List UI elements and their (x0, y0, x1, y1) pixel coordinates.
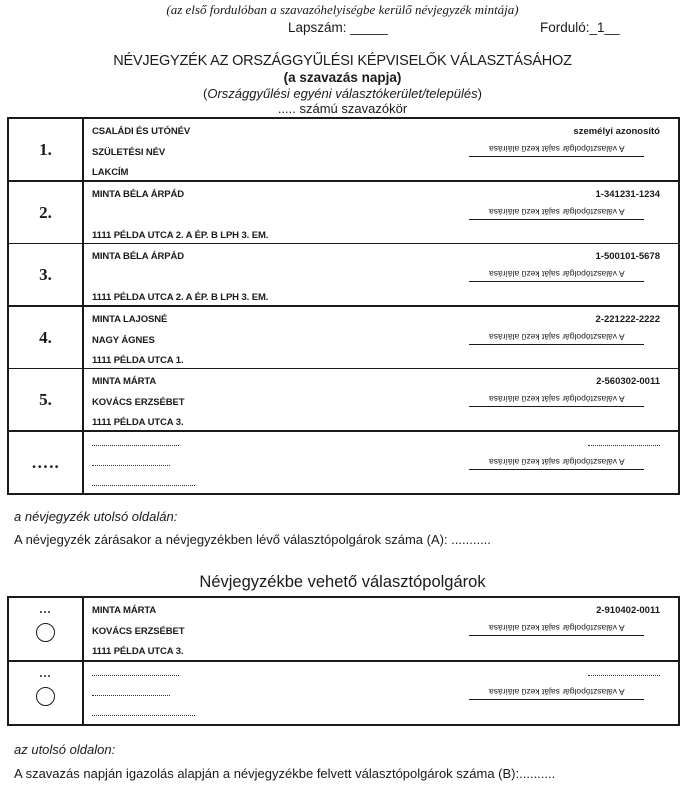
additions-title: Névjegyzékbe vehető választópolgárok (0, 573, 685, 592)
address-placeholder[interactable] (92, 715, 195, 716)
constituency-text: Országgyűlési egyéni választókerület/tel… (207, 86, 477, 101)
signature-line[interactable]: A választópolgár saját kezű aláírása (469, 141, 644, 157)
table-row: ... A választópolgár saját kezű aláírása (8, 661, 679, 725)
checkbox-circle-icon[interactable] (36, 623, 55, 642)
constituency-line: (Országgyűlési egyéni választókerület/te… (0, 86, 685, 101)
table-row: ... MINTA MÁRTA KOVÁCS ERZSÉBET 1111 PÉL… (8, 597, 679, 661)
signature-label: A választópolgár saját kezű aláírása (489, 266, 625, 281)
table-row: 1. CSALÁDI ÉS UTÓNÉV SZÜLETÉSI NÉV LAKCÍ… (8, 118, 679, 181)
voter-count-a: A névjegyzék zárásakor a névjegyzékben l… (14, 532, 491, 547)
address: LAKCÍM (92, 167, 128, 178)
address: 1111 PÉLDA UTCA 2. A ÉP. B LPH 3. EM. (92, 292, 268, 303)
signature-line[interactable]: A választópolgár saját kezű aláírása (469, 266, 644, 282)
row-number: ... (9, 602, 82, 617)
birth-name: NAGY ÁGNES (92, 335, 155, 346)
voter-count-b: A szavazás napján igazolás alapján a név… (14, 766, 555, 781)
family-given-name: MINTA MÁRTA (92, 376, 156, 387)
signature-line[interactable]: A választópolgár saját kezű aláírása (469, 329, 644, 345)
signature-line[interactable]: A választópolgár saját kezű aláírása (469, 684, 644, 700)
personal-id: 2-560302-0011 (596, 376, 660, 387)
page-number-field: Lapszám: _____ (288, 20, 388, 35)
voter-cell: CSALÁDI ÉS UTÓNÉV SZÜLETÉSI NÉV LAKCÍM s… (84, 119, 678, 180)
voter-cell-placeholder: A választópolgár saját kezű aláírása (84, 662, 678, 724)
birth-name: KOVÁCS ERZSÉBET (92, 626, 184, 637)
voter-cell: MINTA LAJOSNÉ NAGY ÁGNES 1111 PÉLDA UTCA… (84, 307, 678, 368)
signature-label: A választópolgár saját kezű aláírása (489, 204, 625, 219)
row-number: ... (9, 666, 82, 681)
signature-label: A választópolgár saját kezű aláírása (489, 391, 625, 406)
personal-id: 1-341231-1234 (596, 189, 660, 200)
table-row: ….. A választópolgár saját kezű aláírása (8, 431, 679, 494)
additions-table: ... MINTA MÁRTA KOVÁCS ERZSÉBET 1111 PÉL… (7, 596, 680, 726)
personal-id: személyi azonosító (573, 126, 660, 137)
family-given-name: MINTA BÉLA ÁRPÁD (92, 251, 184, 262)
family-given-name: MINTA BÉLA ÁRPÁD (92, 189, 184, 200)
document-title-sub: (a szavazás napja) (0, 70, 685, 85)
voter-register-table: 1. CSALÁDI ÉS UTÓNÉV SZÜLETÉSI NÉV LAKCÍ… (7, 117, 680, 495)
checkbox-circle-icon[interactable] (36, 687, 55, 706)
signature-line[interactable]: A választópolgár saját kezű aláírása (469, 391, 644, 407)
paren-close: ) (478, 86, 482, 101)
row-marker: ... (8, 661, 83, 725)
family-given-name: MINTA MÁRTA (92, 605, 156, 616)
voter-cell: MINTA MÁRTA KOVÁCS ERZSÉBET 1111 PÉLDA U… (84, 598, 678, 660)
form-subtitle: (az első fordulóban a szavazóhelyiségbe … (0, 2, 685, 18)
signature-label: A választópolgár saját kezű aláírása (489, 141, 625, 156)
personal-id-placeholder[interactable] (588, 675, 660, 676)
signature-line[interactable]: A választópolgár saját kezű aláírása (469, 620, 644, 636)
address: 1111 PÉLDA UTCA 3. (92, 646, 183, 657)
signature-label: A választópolgár saját kezű aláírása (489, 684, 625, 699)
final-page-label: az utolsó oldalon: (14, 742, 115, 757)
family-given-name: MINTA LAJOSNÉ (92, 314, 167, 325)
voter-cell: MINTA MÁRTA KOVÁCS ERZSÉBET 1111 PÉLDA U… (84, 369, 678, 430)
round-field: Forduló:_1__ (540, 20, 620, 35)
table-row: 3. MINTA BÉLA ÁRPÁD 1111 PÉLDA UTCA 2. A… (8, 244, 679, 307)
row-marker: ... (8, 597, 83, 661)
voter-cell-placeholder: A választópolgár saját kezű aláírása (84, 432, 678, 493)
row-number: 4. (8, 306, 83, 369)
document-title: NÉVJEGYZÉK AZ ORSZÁGGYŰLÉSI KÉPVISELŐK V… (0, 53, 685, 69)
signature-line[interactable]: A választópolgár saját kezű aláírása (469, 454, 644, 470)
family-given-name: CSALÁDI ÉS UTÓNÉV (92, 126, 190, 137)
row-number: 5. (8, 369, 83, 432)
last-page-label: a névjegyzék utolsó oldalán: (14, 509, 177, 524)
birth-name-placeholder[interactable] (92, 695, 170, 696)
table-row: 4. MINTA LAJOSNÉ NAGY ÁGNES 1111 PÉLDA U… (8, 306, 679, 369)
birth-name-placeholder[interactable] (92, 465, 170, 466)
birth-name: KOVÁCS ERZSÉBET (92, 397, 184, 408)
personal-id-placeholder[interactable] (588, 445, 660, 446)
row-number: ….. (8, 431, 83, 494)
signature-label: A választópolgár saját kezű aláírása (489, 454, 625, 469)
personal-id: 2-910402-0011 (596, 605, 660, 616)
personal-id: 1-500101-5678 (596, 251, 660, 262)
address: 1111 PÉLDA UTCA 2. A ÉP. B LPH 3. EM. (92, 230, 268, 241)
name-placeholder[interactable] (92, 675, 179, 676)
signature-line[interactable]: A választópolgár saját kezű aláírása (469, 204, 644, 220)
address: 1111 PÉLDA UTCA 3. (92, 417, 183, 428)
birth-name: SZÜLETÉSI NÉV (92, 147, 165, 158)
row-number: 2. (8, 181, 83, 244)
voter-cell: MINTA BÉLA ÁRPÁD 1111 PÉLDA UTCA 2. A ÉP… (84, 244, 678, 305)
voter-cell: MINTA BÉLA ÁRPÁD 1111 PÉLDA UTCA 2. A ÉP… (84, 182, 678, 243)
row-number: 3. (8, 244, 83, 307)
signature-label: A választópolgár saját kezű aláírása (489, 620, 625, 635)
signature-label: A választópolgár saját kezű aláírása (489, 329, 625, 344)
table-row: 2. MINTA BÉLA ÁRPÁD 1111 PÉLDA UTCA 2. A… (8, 181, 679, 244)
address-placeholder[interactable] (92, 485, 195, 486)
row-number: 1. (8, 118, 83, 181)
table-row: 5. MINTA MÁRTA KOVÁCS ERZSÉBET 1111 PÉLD… (8, 369, 679, 432)
address: 1111 PÉLDA UTCA 1. (92, 355, 183, 366)
name-placeholder[interactable] (92, 445, 179, 446)
personal-id: 2-221222-2222 (596, 314, 660, 325)
district-line: ..... számú szavazókör (0, 101, 685, 116)
